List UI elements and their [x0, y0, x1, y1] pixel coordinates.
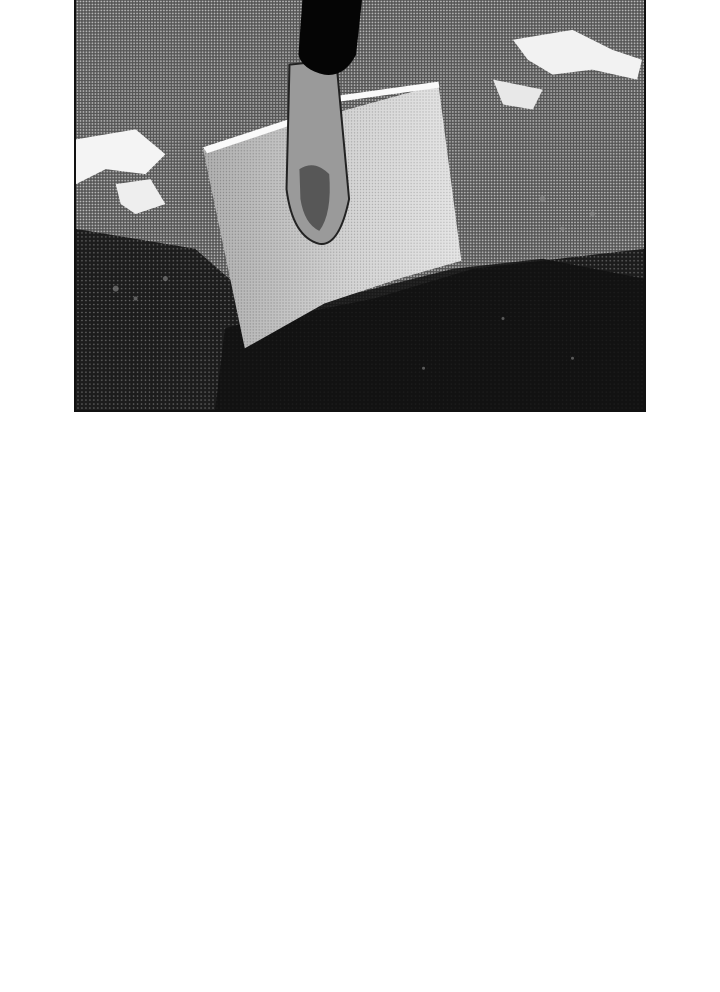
manga-panel-spade-in-soil — [74, 0, 646, 412]
comic-page — [0, 0, 720, 992]
blank-page-area — [0, 414, 720, 992]
spade-illustration — [76, 0, 644, 410]
